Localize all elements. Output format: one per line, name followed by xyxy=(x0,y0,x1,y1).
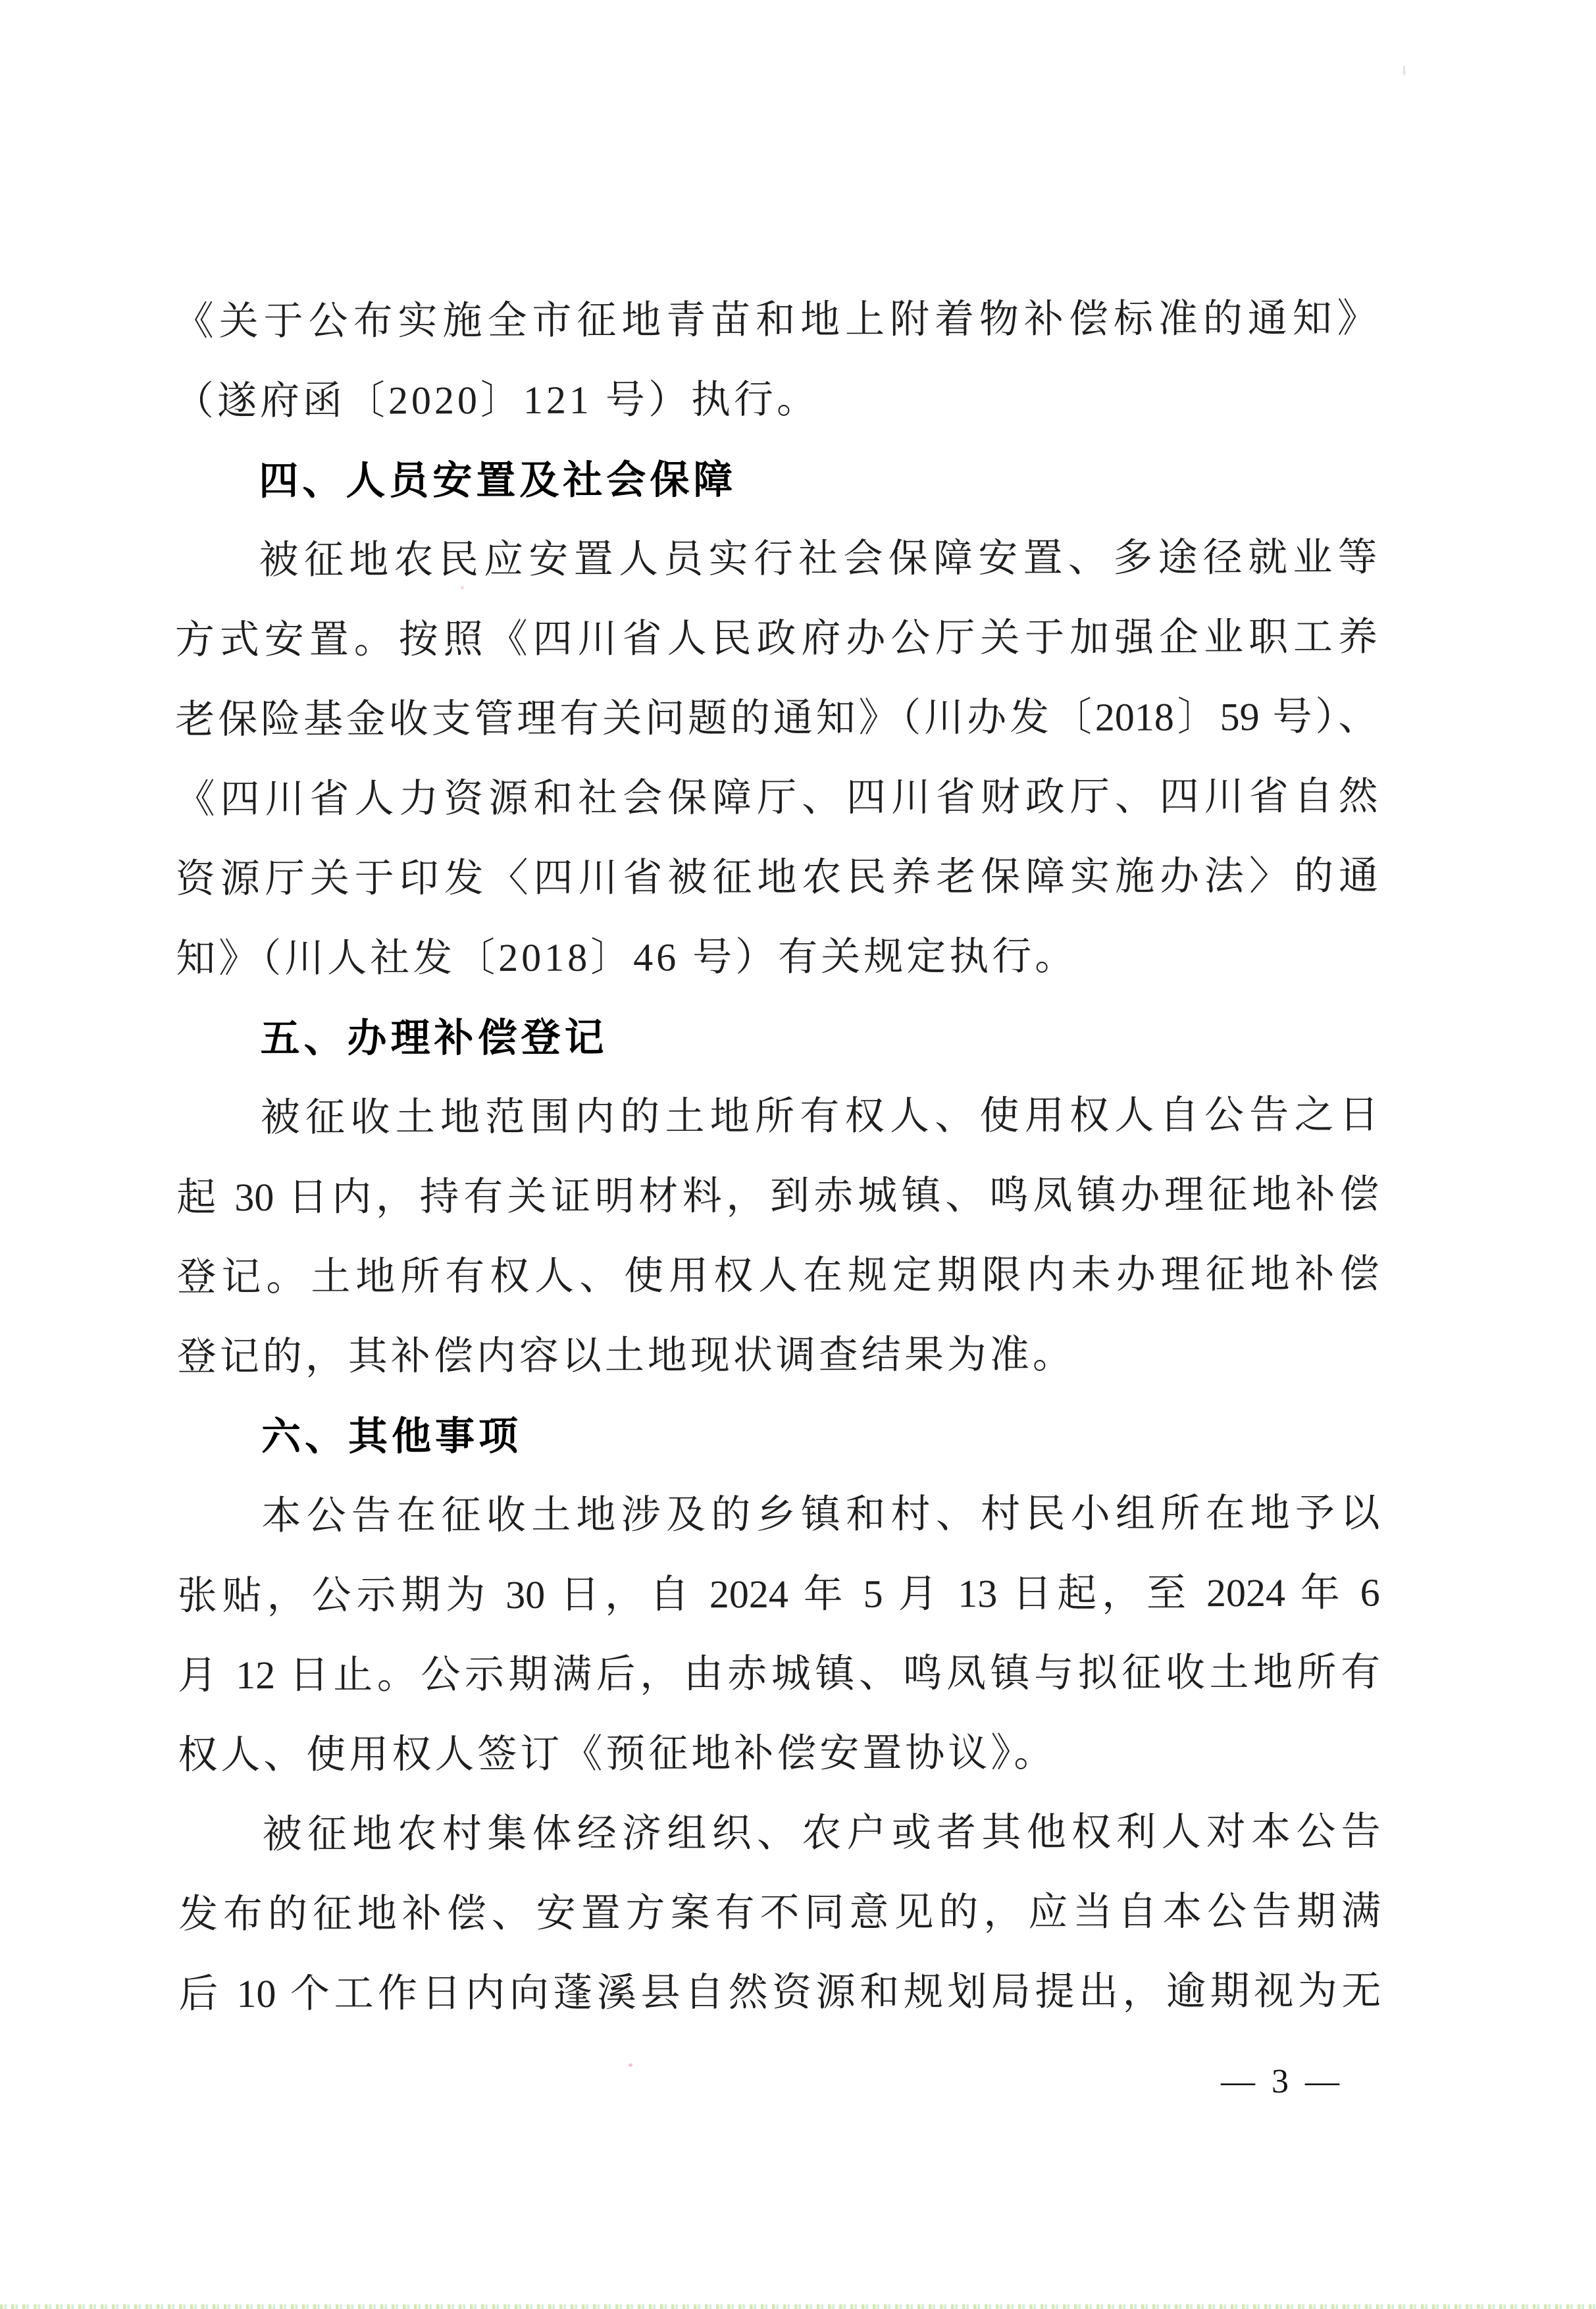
scan-speck xyxy=(461,586,464,589)
doc-line: （遂府函〔2020〕121 号）执行。 xyxy=(174,359,1377,442)
doc-line: 起 30 日内，持有关证明材料，到赤城镇、鸣凤镇办理征地补偿 xyxy=(176,1155,1379,1238)
doc-line: 方式安置。按照《四川省人民政府办公厅关于加强企业职工养 xyxy=(175,598,1377,681)
doc-line: 知》（川人社发〔2018〕46 号）有关规定执行。 xyxy=(176,916,1378,999)
scanner-noise-line xyxy=(0,2304,1596,2309)
section-heading: 五、办理补偿登记 xyxy=(176,996,1378,1079)
doc-line: 月 12 日止。公示期满后，由赤城镇、鸣凤镇与拟征收土地所有 xyxy=(178,1633,1380,1716)
doc-line: 《四川省人力资源和社会保障厅、四川省财政厅、四川省自然 xyxy=(175,757,1377,840)
doc-line: 权人、使用权人签订《预征地补偿安置协议》。 xyxy=(178,1713,1380,1796)
doc-line: 被征收土地范围内的土地所有权人、使用权人自公告之日 xyxy=(176,1076,1379,1158)
scan-speck xyxy=(629,2063,632,2067)
doc-line: 登记的，其补偿内容以土地现状调查结果为准。 xyxy=(177,1314,1379,1397)
document-page: 《关于公布实施全市征地青苗和地上附着物补偿标准的通知》 （遂府函〔2020〕12… xyxy=(0,0,1596,2309)
doc-line: 本公告在征收土地涉及的乡镇和村、村民小组所在地予以 xyxy=(177,1474,1379,1557)
doc-line: 《关于公布实施全市征地青苗和地上附着物补偿标准的通知》 xyxy=(174,279,1377,362)
section-heading: 四、人员安置及社会保障 xyxy=(174,438,1377,521)
document-text-block: 《关于公布实施全市征地青苗和地上附着物补偿标准的通知》 （遂府函〔2020〕12… xyxy=(174,279,1381,2035)
doc-line: 老保险基金收支管理有关问题的通知》（川办发〔2018〕59 号）、 xyxy=(175,677,1377,760)
page-number: — 3 — xyxy=(1203,2059,1361,2105)
scan-speck xyxy=(1403,66,1405,75)
doc-line: 后 10 个工作日内向蓬溪县自然资源和规划局提出，逾期视为无 xyxy=(178,1952,1381,2035)
doc-line: 被征地农民应安置人员实行社会保障安置、多途径就业等 xyxy=(174,518,1377,601)
doc-line: 发布的征地补偿、安置方案有不同意见的，应当自本公告期满 xyxy=(178,1872,1381,1955)
doc-line: 被征地农村集体经济组织、农户或者其他权利人对本公告 xyxy=(178,1792,1381,1875)
doc-line: 资源厅关于印发〈四川省被征地农民养老保障实施办法〉的通 xyxy=(176,837,1378,920)
section-heading: 六、其他事项 xyxy=(177,1394,1379,1477)
doc-line: 登记。土地所有权人、使用权人在规定期限内未办理征地补偿 xyxy=(176,1235,1379,1318)
doc-line: 张贴，公示期为 30 日，自 2024 年 5 月 13 日起，至 2024 年… xyxy=(178,1553,1380,1636)
